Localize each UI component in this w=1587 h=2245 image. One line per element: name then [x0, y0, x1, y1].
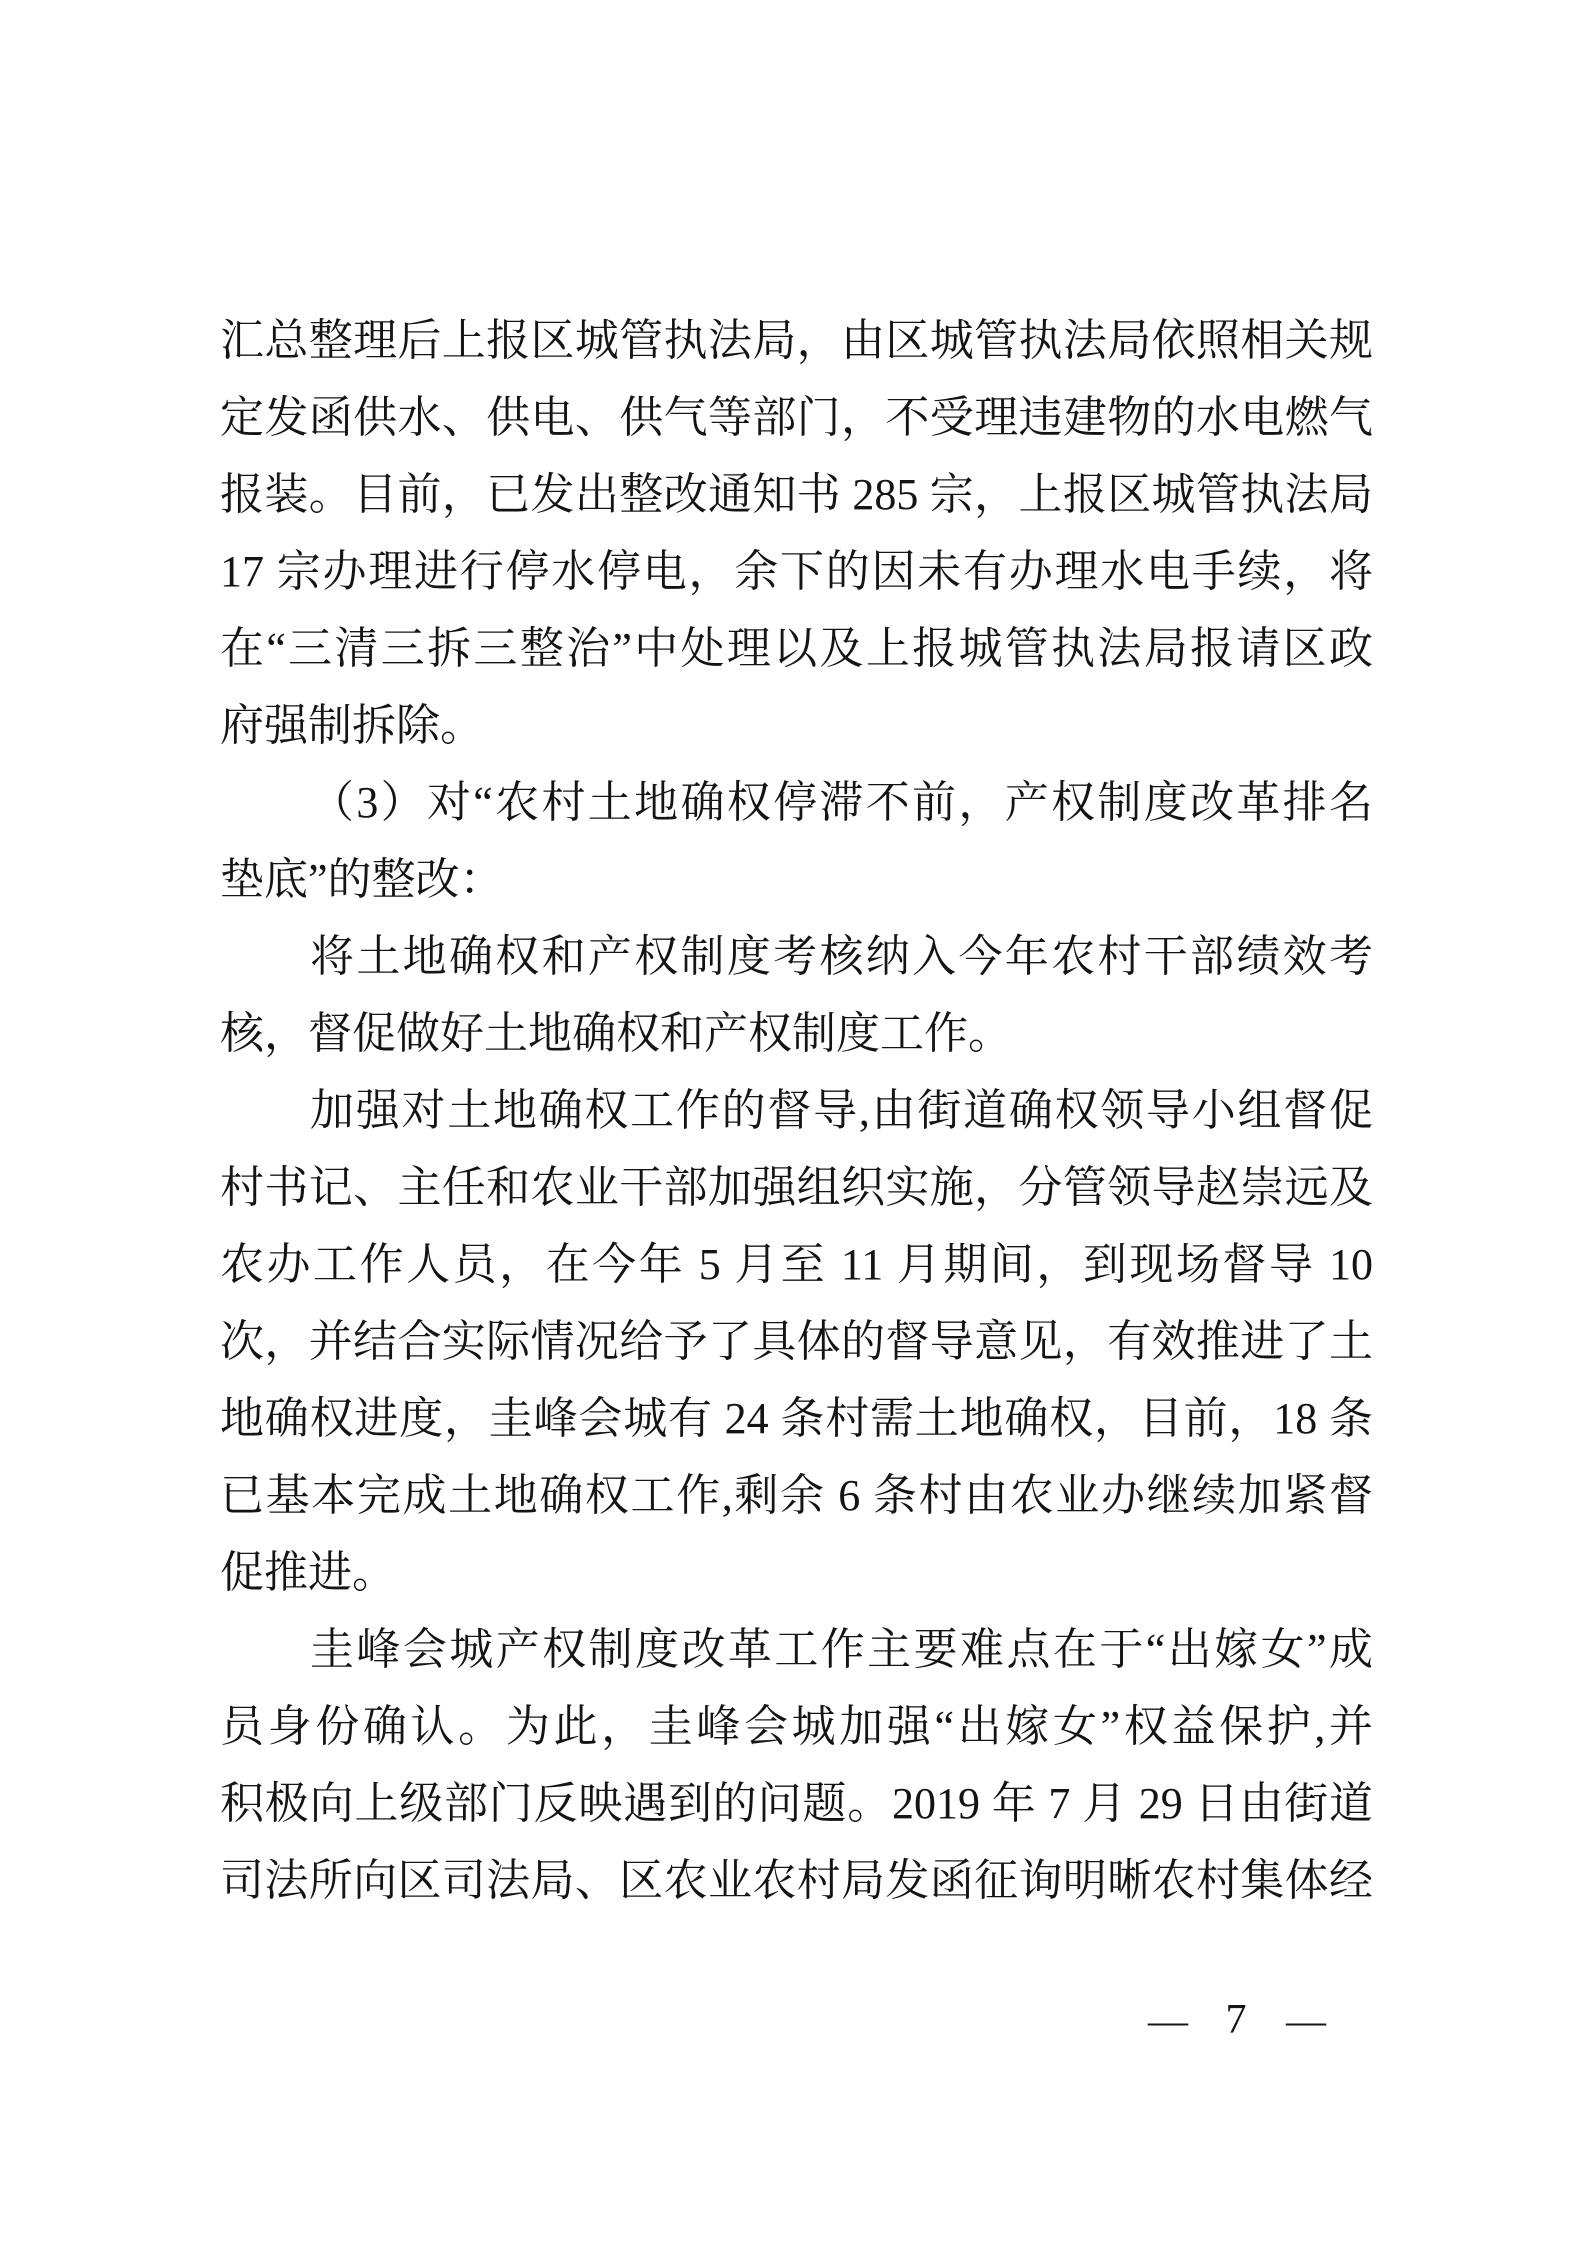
page-number: — 7 — — [1148, 1992, 1324, 2048]
document-line: 报装。目前，已发出整改通知书 285 宗，上报区城管执法局 — [220, 456, 1373, 533]
page-number-value: 7 — [1226, 1996, 1247, 2044]
document-line: 村书记、主任和农业干部加强组织实施，分管领导赵崇远及 — [220, 1149, 1373, 1226]
document-line: 汇总整理后上报区城管执法局，由区城管执法局依照相关规 — [220, 302, 1373, 379]
document-line: 已基本完成土地确权工作,剩余 6 条村由农业办继续加紧督 — [220, 1457, 1373, 1534]
document-line: 在“三清三拆三整治”中处理以及上报城管执法局报请区政 — [220, 610, 1373, 687]
document-line: 地确权进度，圭峰会城有 24 条村需土地确权，目前，18 条 — [220, 1380, 1373, 1457]
document-line: 次，并结合实际情况给予了具体的督导意见，有效推进了土 — [220, 1303, 1373, 1380]
document-line: 农办工作人员，在今年 5 月至 11 月期间，到现场督导 10 — [220, 1226, 1373, 1303]
document-line: 定发函供水、供电、供气等部门，不受理违建物的水电燃气 — [220, 379, 1373, 456]
document-line: 促推进。 — [220, 1534, 1373, 1611]
document-line: （3）对“农村土地确权停滞不前，产权制度改革排名 — [220, 764, 1373, 841]
document-line: 将土地确权和产权制度考核纳入今年农村干部绩效考 — [220, 918, 1373, 995]
document-page: 汇总整理后上报区城管执法局，由区城管执法局依照相关规 定发函供水、供电、供气等部… — [0, 0, 1587, 2245]
document-text-block: 汇总整理后上报区城管执法局，由区城管执法局依照相关规 定发函供水、供电、供气等部… — [220, 302, 1373, 1919]
document-line: 司法所向区司法局、区农业农村局发函征询明晰农村集体经 — [220, 1842, 1373, 1919]
document-line: 圭峰会城产权制度改革工作主要难点在于“出嫁女”成 — [220, 1611, 1373, 1688]
page-number-dash-left: — — [1148, 1997, 1186, 2044]
document-line: 府强制拆除。 — [220, 687, 1373, 764]
document-line: 加强对土地确权工作的督导,由街道确权领导小组督促 — [220, 1072, 1373, 1149]
document-line: 核，督促做好土地确权和产权制度工作。 — [220, 995, 1373, 1072]
document-line: 积极向上级部门反映遇到的问题。2019 年 7 月 29 日由街道 — [220, 1765, 1373, 1842]
page-number-dash-right: — — [1286, 1997, 1324, 2044]
document-line: 垫底”的整改： — [220, 841, 1373, 918]
document-line: 员身份确认。为此，圭峰会城加强“出嫁女”权益保护,并 — [220, 1688, 1373, 1765]
document-line: 17 宗办理进行停水停电，余下的因未有办理水电手续，将 — [220, 533, 1373, 610]
